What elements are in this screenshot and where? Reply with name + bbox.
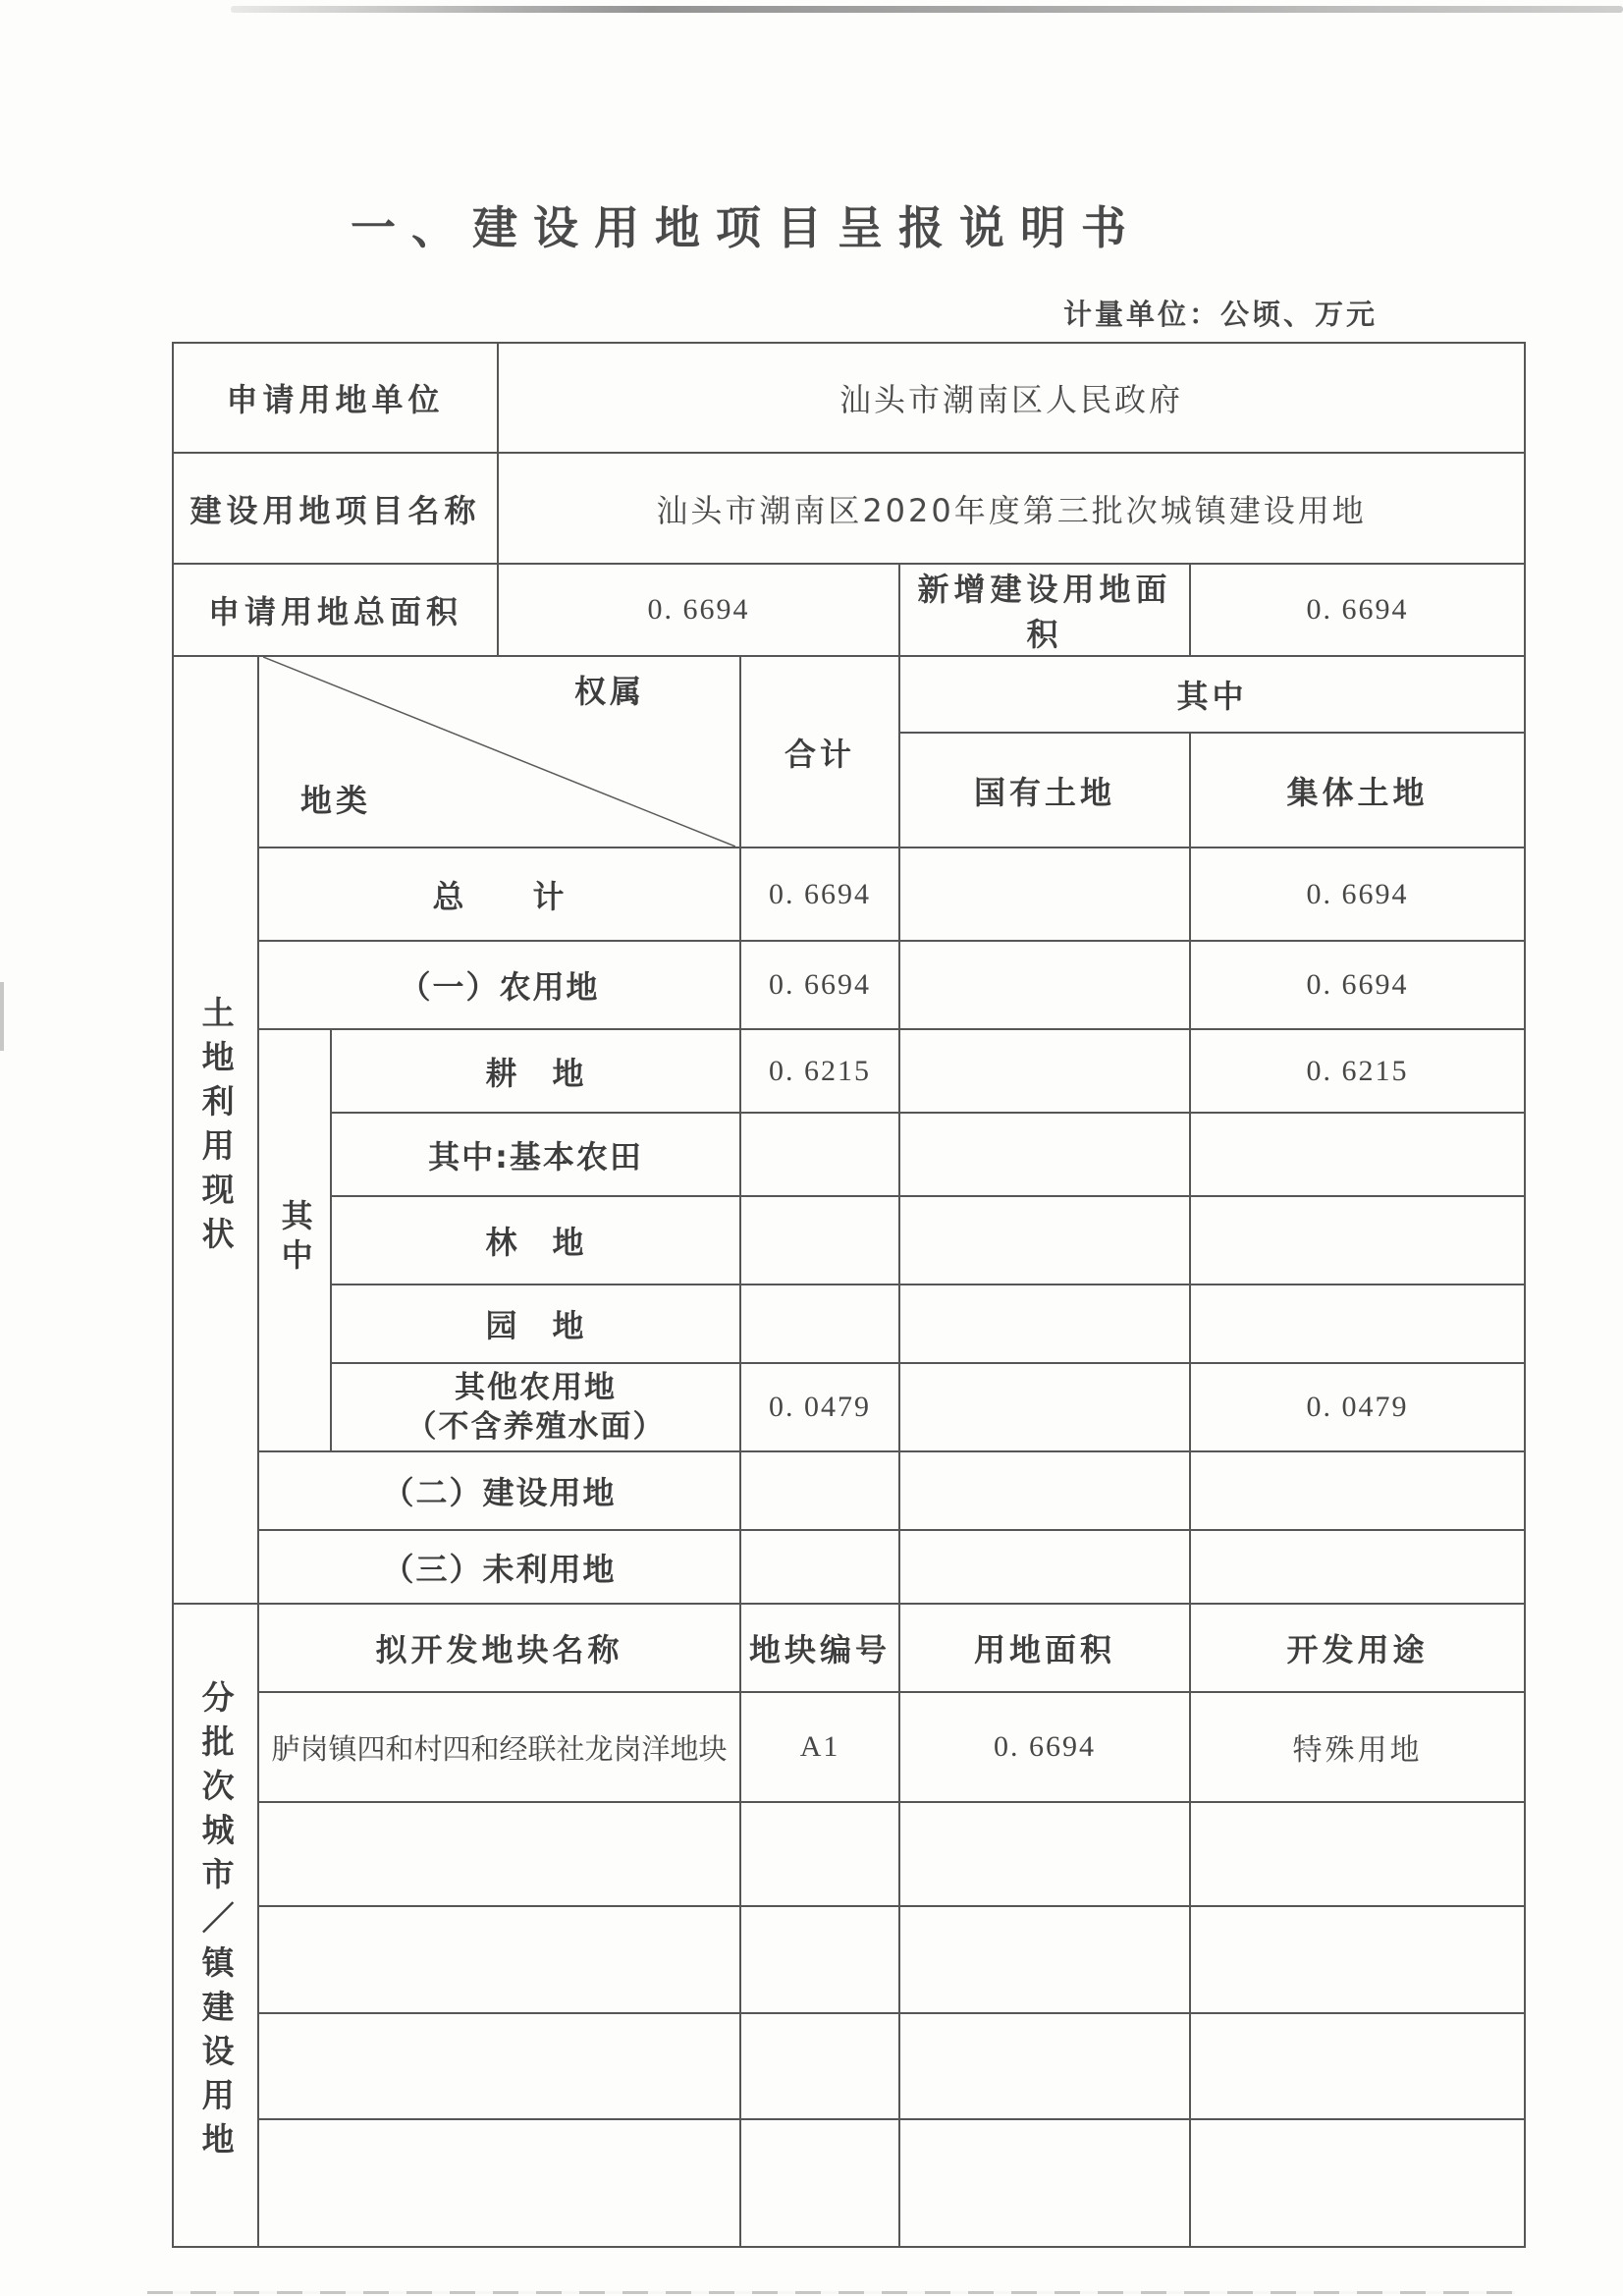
parcel-use: 特殊用地 xyxy=(1190,1692,1525,1802)
applicant-value: 汕头市潮南区人民政府 xyxy=(498,343,1525,453)
agricultural-state xyxy=(899,941,1190,1029)
table-row: 建设用地项目名称 汕头市潮南区2020年度第三批次城镇建设用地 xyxy=(173,453,1525,564)
garden-total xyxy=(740,1285,899,1363)
row-label-grand-total: 总 计 xyxy=(258,847,740,941)
table-row: （三）未利用地 xyxy=(173,1530,1525,1604)
new-area-value: 0. 6694 xyxy=(1190,564,1525,656)
basic-farmland-total xyxy=(740,1113,899,1196)
parcel-area xyxy=(899,2013,1190,2119)
row-label-garden: 园 地 xyxy=(331,1285,740,1363)
parcel-area xyxy=(899,1906,1190,2013)
other-agricultural-label-line1: 其他农用地 xyxy=(336,1368,735,1407)
basic-farmland-state xyxy=(899,1113,1190,1196)
total-area-label: 申请用地总面积 xyxy=(173,564,498,656)
table-row: 其中 耕 地 0. 6215 0. 6215 xyxy=(173,1029,1525,1113)
row-label-basic-farmland: 其中:基本农田 xyxy=(331,1113,740,1196)
row-label-forest: 林 地 xyxy=(331,1196,740,1285)
unit-note: 计量单位：公顷、万元 xyxy=(1063,293,1378,333)
scanner-top-edge-artifact xyxy=(231,6,1623,13)
parcel-code: A1 xyxy=(740,1692,899,1802)
project-name-value: 汕头市潮南区2020年度第三批次城镇建设用地 xyxy=(498,453,1525,564)
parcel-header-code: 地块编号 xyxy=(740,1604,899,1692)
among-sub-column-cell: 其中 xyxy=(258,1029,331,1451)
parcel-name xyxy=(258,2119,740,2247)
parcel-name: 胪岗镇四和村四和经联社龙岗洋地块 xyxy=(258,1692,740,1802)
agricultural-total: 0. 6694 xyxy=(740,941,899,1029)
table-row: 申请用地总面积 0. 6694 新增建设用地面积 0. 6694 xyxy=(173,564,1525,656)
grand-total-total: 0. 6694 xyxy=(740,847,899,941)
scanned-document-page: 一、建设用地项目呈报说明书 计量单位：公顷、万元 申请用地单位 汕头市潮南区人民… xyxy=(0,0,1623,2296)
header-state-owned: 国有土地 xyxy=(899,733,1190,847)
parcel-code xyxy=(740,1802,899,1906)
unused-total xyxy=(740,1530,899,1604)
land-use-sidebar-label: 土地利用现状 xyxy=(197,996,233,1261)
other-agricultural-total: 0. 0479 xyxy=(740,1363,899,1451)
other-agricultural-label-line2: （不含养殖水面） xyxy=(336,1407,735,1447)
table-row: 总 计 0. 6694 0. 6694 xyxy=(173,847,1525,941)
parcel-header-area: 用地面积 xyxy=(899,1604,1190,1692)
other-agricultural-state xyxy=(899,1363,1190,1451)
construction-state xyxy=(899,1451,1190,1530)
cultivated-collective: 0. 6215 xyxy=(1190,1029,1525,1113)
garden-state xyxy=(899,1285,1190,1363)
scanner-bottom-edge-artifact xyxy=(147,2291,1515,2294)
page-title: 一、建设用地项目呈报说明书 xyxy=(351,192,1142,257)
diagonal-header-cell: 权属 地类 xyxy=(258,656,740,847)
land-use-sidebar-cell: 土地利用现状 xyxy=(173,656,258,1604)
forest-state xyxy=(899,1196,1190,1285)
forest-total xyxy=(740,1196,899,1285)
construction-total xyxy=(740,1451,899,1530)
unused-collective xyxy=(1190,1530,1525,1604)
parcel-name xyxy=(258,1802,740,1906)
cultivated-total: 0. 6215 xyxy=(740,1029,899,1113)
land-report-table: 申请用地单位 汕头市潮南区人民政府 建设用地项目名称 汕头市潮南区2020年度第… xyxy=(172,342,1526,2248)
table-row: 申请用地单位 汕头市潮南区人民政府 xyxy=(173,343,1525,453)
table-row: 土地利用现状 权属 地类 合计 其中 xyxy=(173,656,1525,733)
header-total: 合计 xyxy=(740,656,899,847)
parcel-code xyxy=(740,2013,899,2119)
total-area-value: 0. 6694 xyxy=(498,564,899,656)
project-name-label: 建设用地项目名称 xyxy=(173,453,498,564)
table-row xyxy=(173,1906,1525,2013)
parcel-code xyxy=(740,2119,899,2247)
applicant-label: 申请用地单位 xyxy=(173,343,498,453)
row-label-other-agricultural: 其他农用地 （不含养殖水面） xyxy=(331,1363,740,1451)
unused-state xyxy=(899,1530,1190,1604)
basic-farmland-collective xyxy=(1190,1113,1525,1196)
table-row xyxy=(173,2013,1525,2119)
table-row: （二）建设用地 xyxy=(173,1451,1525,1530)
parcel-use xyxy=(1190,1906,1525,2013)
garden-collective xyxy=(1190,1285,1525,1363)
cultivated-state xyxy=(899,1029,1190,1113)
forest-collective xyxy=(1190,1196,1525,1285)
row-label-cultivated: 耕 地 xyxy=(331,1029,740,1113)
parcel-name xyxy=(258,2013,740,2119)
parcel-name xyxy=(258,1906,740,2013)
parcel-area xyxy=(899,1802,1190,1906)
table-row: 分批次城市／镇建设用地 拟开发地块名称 地块编号 用地面积 开发用途 xyxy=(173,1604,1525,1692)
parcel-use xyxy=(1190,1802,1525,1906)
scanner-left-edge-artifact xyxy=(0,982,4,1051)
parcel-code xyxy=(740,1906,899,2013)
parcel-use xyxy=(1190,2013,1525,2119)
agricultural-collective: 0. 6694 xyxy=(1190,941,1525,1029)
grand-total-state xyxy=(899,847,1190,941)
other-agricultural-collective: 0. 0479 xyxy=(1190,1363,1525,1451)
header-ownership: 权属 xyxy=(574,667,645,712)
table-row: 林 地 xyxy=(173,1196,1525,1285)
parcel-use xyxy=(1190,2119,1525,2247)
parcel-area xyxy=(899,2119,1190,2247)
parcel-area: 0. 6694 xyxy=(899,1692,1190,1802)
table-row xyxy=(173,2119,1525,2247)
header-among: 其中 xyxy=(899,656,1525,733)
table-row xyxy=(173,1802,1525,1906)
new-area-label: 新增建设用地面积 xyxy=(899,564,1190,656)
header-land-type: 地类 xyxy=(300,776,371,821)
row-label-unused: （三）未利用地 xyxy=(258,1530,740,1604)
row-label-construction: （二）建设用地 xyxy=(258,1451,740,1530)
parcel-sidebar-cell: 分批次城市／镇建设用地 xyxy=(173,1604,258,2247)
table-row: 园 地 xyxy=(173,1285,1525,1363)
parcel-header-name: 拟开发地块名称 xyxy=(258,1604,740,1692)
among-sub-label: 其中 xyxy=(277,1199,311,1278)
parcel-header-use: 开发用途 xyxy=(1190,1604,1525,1692)
construction-collective xyxy=(1190,1451,1525,1530)
header-collective: 集体土地 xyxy=(1190,733,1525,847)
table-row: 其中:基本农田 xyxy=(173,1113,1525,1196)
grand-total-collective: 0. 6694 xyxy=(1190,847,1525,941)
row-label-agricultural: （一）农用地 xyxy=(258,941,740,1029)
table-row: 胪岗镇四和村四和经联社龙岗洋地块 A1 0. 6694 特殊用地 xyxy=(173,1692,1525,1802)
table-row: 其他农用地 （不含养殖水面） 0. 0479 0. 0479 xyxy=(173,1363,1525,1451)
parcel-sidebar-label: 分批次城市／镇建设用地 xyxy=(197,1680,233,2166)
table-row: （一）农用地 0. 6694 0. 6694 xyxy=(173,941,1525,1029)
